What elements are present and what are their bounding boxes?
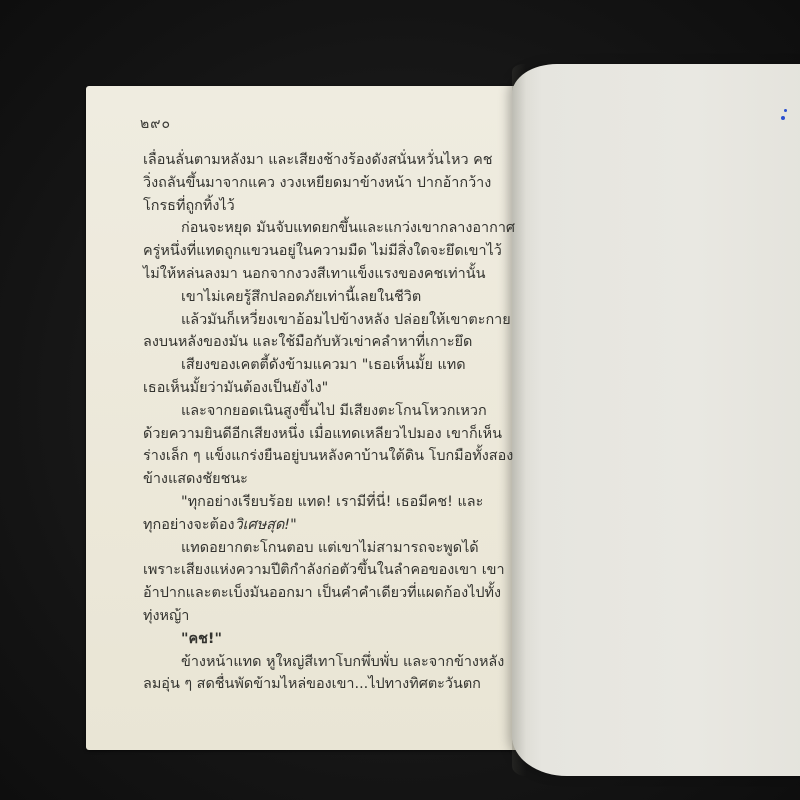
right-book-page-blank bbox=[512, 64, 800, 776]
text-line: ครู่หนึ่งที่แทดถูกแขวนอยู่ในความมืด ไม่ม… bbox=[143, 240, 485, 263]
text-line: "ทุกอย่างเรียบร้อย แทด! เรามีที่นี่! เธอ… bbox=[143, 491, 485, 514]
text-line: วิ่งถลันขึ้นมาจากแคว งวงเหยียดมาข้างหน้า… bbox=[143, 172, 485, 195]
text-line: แล้วมันก็เหวี่ยงเขาอ้อมไปข้างหลัง ปล่อยใ… bbox=[143, 309, 485, 332]
text-line: เขาไม่เคยรู้สึกปลอดภัยเท่านี้เลยในชีวิต bbox=[143, 286, 485, 309]
text-line: เลื่อนลั่นตามหลังมา และเสียงช้างร้องดังส… bbox=[143, 149, 485, 172]
text-line: เพราะเสียงแห่งความปีติกำลังก่อตัวขึ้นในล… bbox=[143, 559, 485, 582]
ink-dot bbox=[784, 109, 787, 112]
ink-dot bbox=[781, 116, 785, 120]
text-line: ไม่ให้หล่นลงมา นอกจากงวงสีเทาแข็งแรงของค… bbox=[143, 263, 485, 286]
body-text: เลื่อนลั่นตามหลังมา และเสียงช้างร้องดังส… bbox=[143, 149, 485, 696]
text-line: "คช!" bbox=[143, 628, 485, 651]
text-line: ข้างหน้าแทด หูใหญ่สีเทาโบกพึ่บพั่บ และจา… bbox=[143, 651, 485, 674]
text-line: อ้าปากและตะเบ็งมันออกมา เป็นคำคำเดียวที่… bbox=[143, 582, 485, 605]
text-line: ลมอุ่น ๆ สดชื่นพัดข้ามไหล่ของเขา...ไปทาง… bbox=[143, 673, 485, 696]
text-line: ด้วยความยินดีอีกเสียงหนึ่ง เมื่อแทดเหลีย… bbox=[143, 423, 485, 446]
text-line: ทุ่งหญ้า bbox=[143, 605, 485, 628]
text-line: แทดอยากตะโกนตอบ แต่เขาไม่สามารถจะพูดได้ bbox=[143, 537, 485, 560]
text-line: โกรธที่ถูกทิ้งไว้ bbox=[143, 195, 485, 218]
text-line: ร่างเล็ก ๆ แข็งแกร่งยืนอยู่บนหลังคาบ้านใ… bbox=[143, 445, 485, 468]
text-line: ลงบนหลังของมัน และใช้มือกับหัวเข่าคลำหาท… bbox=[143, 331, 485, 354]
text-span: ทุกอย่างจะต้อง bbox=[143, 514, 235, 537]
text-line: ทุกอย่างจะต้อง วิเศษสุด!" bbox=[143, 514, 485, 537]
page-number: ๒๙๐ bbox=[140, 113, 171, 135]
text-line: ข้างแสดงชัยชนะ bbox=[143, 468, 485, 491]
text-line: และจากยอดเนินสูงขึ้นไป มีเสียงตะโกนโหวกเ… bbox=[143, 400, 485, 423]
italic-text: วิเศษสุด!" bbox=[235, 514, 297, 537]
text-line: เสียงของเคตตี้ดังข้ามแควมา "เธอเห็นมั้ย … bbox=[143, 354, 485, 377]
text-line: เธอเห็นมั้ยว่ามันต้องเป็นยังไง" bbox=[143, 377, 485, 400]
text-line: ก่อนจะหยุด มันจับแทดยกขึ้นและแกว่งเขากลา… bbox=[143, 217, 485, 240]
